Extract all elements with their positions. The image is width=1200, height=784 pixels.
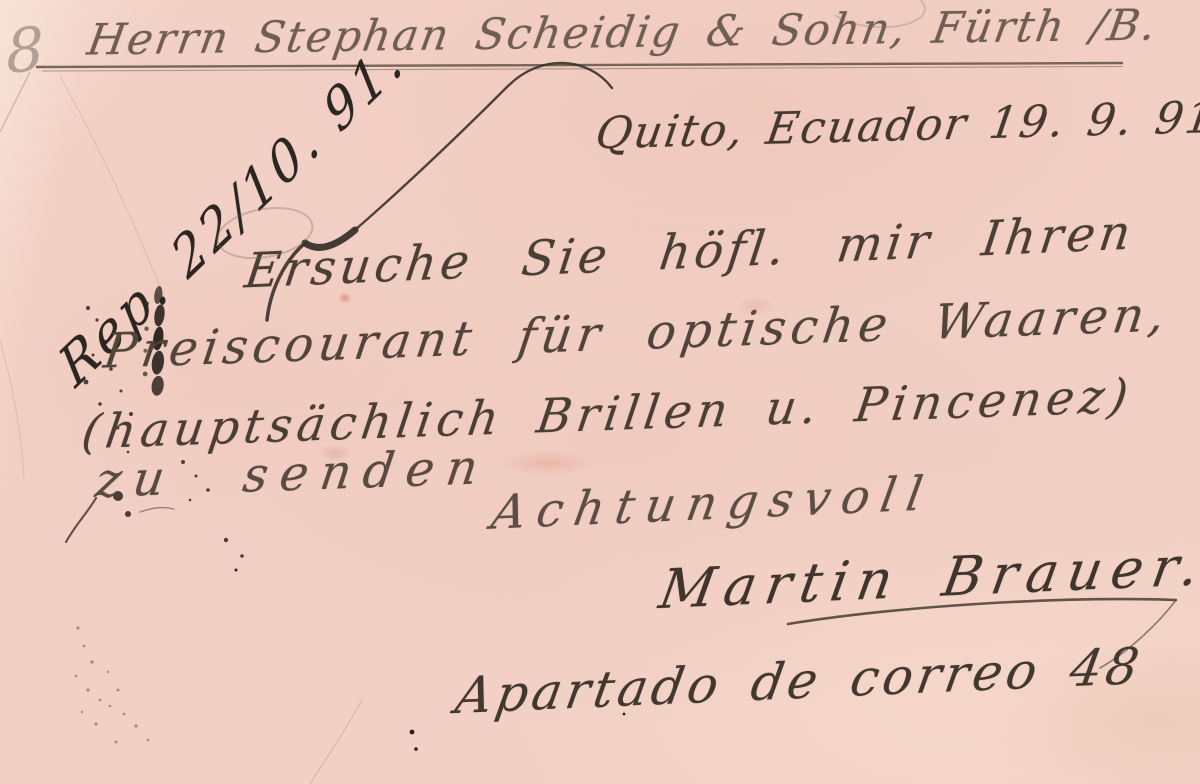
postcard-scan: 8 Herrn Stephan Scheidig & Sohn, Fürth /… <box>0 0 1200 784</box>
address-underline <box>36 63 1123 71</box>
dateline: Quito, Ecuador 19. 9. 91. <box>592 92 1200 160</box>
body-line: (hauptsächlich Brillen u. Pincenez) <box>78 369 1136 461</box>
paper-stain <box>500 450 596 476</box>
pencil-page-number: 8 <box>5 14 45 88</box>
closing-line: Achtungsvoll <box>488 466 938 541</box>
signature-line: Martin Brauer. <box>655 534 1200 621</box>
address-line: Herrn Stephan Scheidig & Sohn, Fürth /B. <box>84 0 1161 65</box>
body-line: Preiscourant für optische Waaren, <box>100 286 1173 379</box>
po-box-line: Apartado de correo 48 <box>451 637 1146 725</box>
speckle-cluster <box>75 626 150 743</box>
ink-dots <box>235 569 626 751</box>
body-line: Ersuche Sie höfl. mir Ihren <box>242 204 1138 299</box>
